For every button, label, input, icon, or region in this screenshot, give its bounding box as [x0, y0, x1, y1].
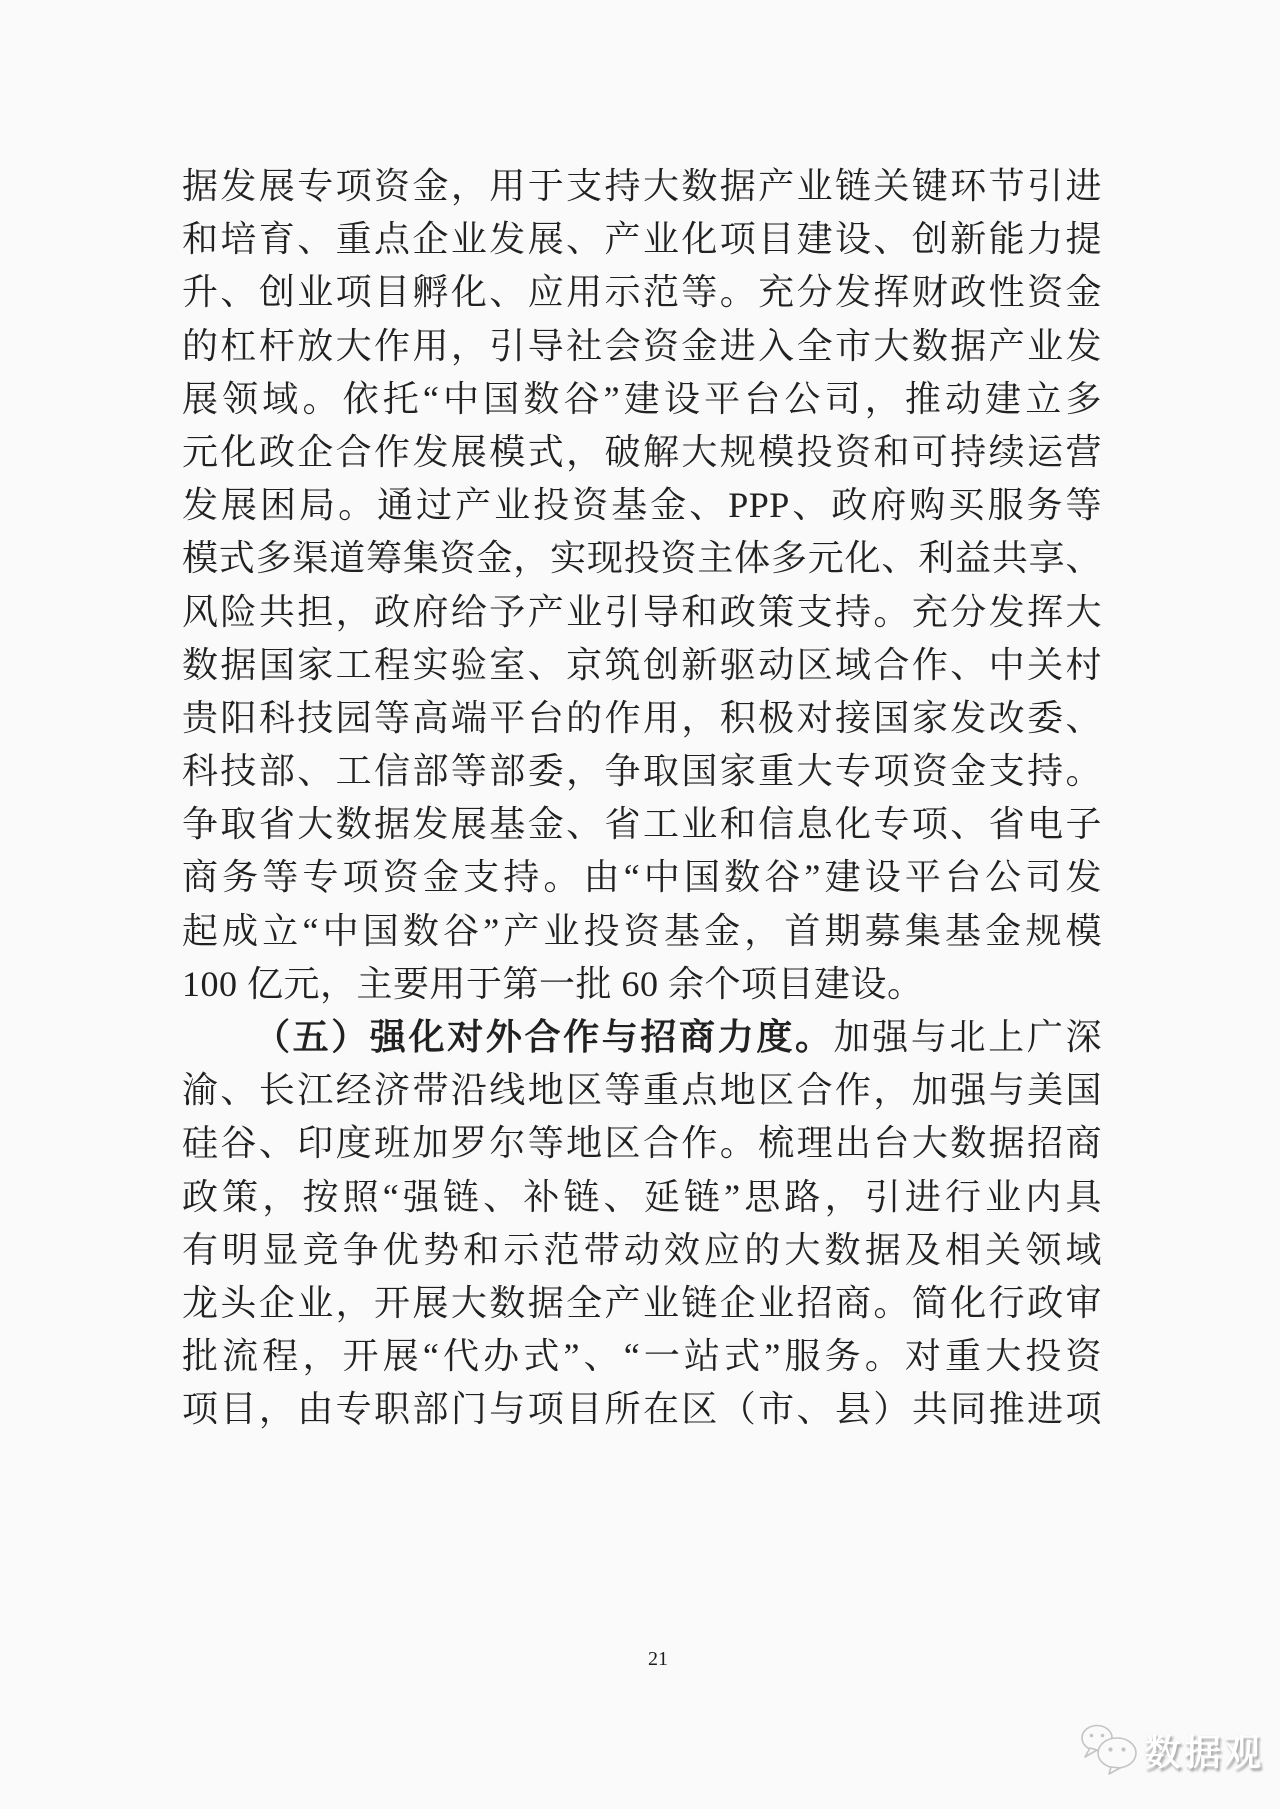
text-line: 有明显竞争优势和示范带动效应的大数据及相关领域 — [182, 1224, 1102, 1277]
text-line: 和培育、重点企业发展、产业化项目建设、创新能力提 — [182, 213, 1102, 266]
text-run: 商务等专项资金支持。由“中国数谷”建设平台公司发 — [182, 857, 1102, 897]
text-line: 争取省大数据发展基金、省工业和信息化专项、省电子 — [182, 798, 1102, 851]
text-run: 科技部、工信部等部委，争取国家重大专项资金支持。 — [182, 751, 1102, 791]
text-run: 据发展专项资金，用于支持大数据产业链关键环节引进 — [182, 166, 1102, 206]
text-run: 100 亿元，主要用于第一批 60 余个项目建设。 — [182, 964, 924, 1004]
text-line: 发展困局。通过产业投资基金、PPP、政府购买服务等 — [182, 479, 1102, 532]
text-run: 争取省大数据发展基金、省工业和信息化专项、省电子 — [182, 804, 1102, 844]
text-line: 模式多渠道筹集资金，实现投资主体多元化、利益共享、 — [182, 532, 1102, 585]
text-line: 100 亿元，主要用于第一批 60 余个项目建设。 — [182, 958, 1102, 1011]
text-run: 贵阳科技园等高端平台的作用，积极对接国家发改委、 — [182, 698, 1102, 738]
text-line: 的杠杆放大作用，引导社会资金进入全市大数据产业发 — [182, 320, 1102, 373]
text-line: 数据国家工程实验室、京筑创新驱动区域合作、中关村 — [182, 639, 1102, 692]
text-run: 升、创业项目孵化、应用示范等。充分发挥财政性资金 — [182, 272, 1102, 312]
text-run: 元化政企合作发展模式，破解大规模投资和可持续运营 — [182, 432, 1102, 472]
text-line: 风险共担，政府给予产业引导和政策支持。充分发挥大 — [182, 586, 1102, 639]
section-heading: （五）强化对外合作与招商力度。 — [254, 1017, 834, 1057]
text-line: 商务等专项资金支持。由“中国数谷”建设平台公司发 — [182, 851, 1102, 904]
text-line: 展领域。依托“中国数谷”建设平台公司，推动建立多 — [182, 373, 1102, 426]
text-run: 项目，由专职部门与项目所在区（市、县）共同推进项 — [182, 1389, 1102, 1429]
body-text: 据发展专项资金，用于支持大数据产业链关键环节引进和培育、重点企业发展、产业化项目… — [182, 160, 1102, 1437]
text-run: 的杠杆放大作用，引导社会资金进入全市大数据产业发 — [182, 326, 1102, 366]
text-run: 有明显竞争优势和示范带动效应的大数据及相关领域 — [182, 1230, 1102, 1270]
watermark-text: 数据观 — [1144, 1722, 1264, 1776]
text-line: 龙头企业，开展大数据全产业链企业招商。简化行政审 — [182, 1277, 1102, 1330]
text-line: 渝、长江经济带沿线地区等重点地区合作，加强与美国 — [182, 1064, 1102, 1117]
text-line: 起成立“中国数谷”产业投资基金，首期募集基金规模 — [182, 905, 1102, 958]
page-number: 21 — [648, 1648, 668, 1671]
text-run: 展领域。依托“中国数谷”建设平台公司，推动建立多 — [182, 379, 1102, 419]
text-run: 模式多渠道筹集资金，实现投资主体多元化、利益共享、 — [182, 538, 1102, 578]
text-run: 和培育、重点企业发展、产业化项目建设、创新能力提 — [182, 219, 1102, 259]
text-line: 硅谷、印度班加罗尔等地区合作。梳理出台大数据招商 — [182, 1117, 1102, 1170]
text-line: 贵阳科技园等高端平台的作用，积极对接国家发改委、 — [182, 692, 1102, 745]
text-line: 批流程，开展“代办式”、“一站式”服务。对重大投资 — [182, 1330, 1102, 1383]
text-run: 发展困局。通过产业投资基金、PPP、政府购买服务等 — [182, 485, 1102, 525]
text-line: 升、创业项目孵化、应用示范等。充分发挥财政性资金 — [182, 266, 1102, 319]
text-run: 数据国家工程实验室、京筑创新驱动区域合作、中关村 — [182, 645, 1102, 685]
text-line: 项目，由专职部门与项目所在区（市、县）共同推进项 — [182, 1383, 1102, 1436]
text-run: 龙头企业，开展大数据全产业链企业招商。简化行政审 — [182, 1283, 1102, 1323]
wechat-bubbles-icon — [1080, 1723, 1140, 1775]
text-run: 硅谷、印度班加罗尔等地区合作。梳理出台大数据招商 — [182, 1123, 1102, 1163]
text-run: 加强与北上广深 — [834, 1017, 1102, 1057]
text-run: 批流程，开展“代办式”、“一站式”服务。对重大投资 — [182, 1336, 1102, 1376]
watermark: 数据观 — [1080, 1722, 1264, 1776]
text-run: 政策，按照“强链、补链、延链”思路，引进行业内具 — [182, 1177, 1102, 1217]
document-page: 据发展专项资金，用于支持大数据产业链关键环节引进和培育、重点企业发展、产业化项目… — [0, 0, 1280, 1809]
text-run: 起成立“中国数谷”产业投资基金，首期募集基金规模 — [182, 911, 1102, 951]
text-line: 科技部、工信部等部委，争取国家重大专项资金支持。 — [182, 745, 1102, 798]
text-line: 政策，按照“强链、补链、延链”思路，引进行业内具 — [182, 1171, 1102, 1224]
text-line: （五）强化对外合作与招商力度。加强与北上广深 — [182, 1011, 1102, 1064]
text-run: 风险共担，政府给予产业引导和政策支持。充分发挥大 — [182, 592, 1102, 632]
text-run: 渝、长江经济带沿线地区等重点地区合作，加强与美国 — [182, 1070, 1102, 1110]
text-line: 据发展专项资金，用于支持大数据产业链关键环节引进 — [182, 160, 1102, 213]
text-line: 元化政企合作发展模式，破解大规模投资和可持续运营 — [182, 426, 1102, 479]
